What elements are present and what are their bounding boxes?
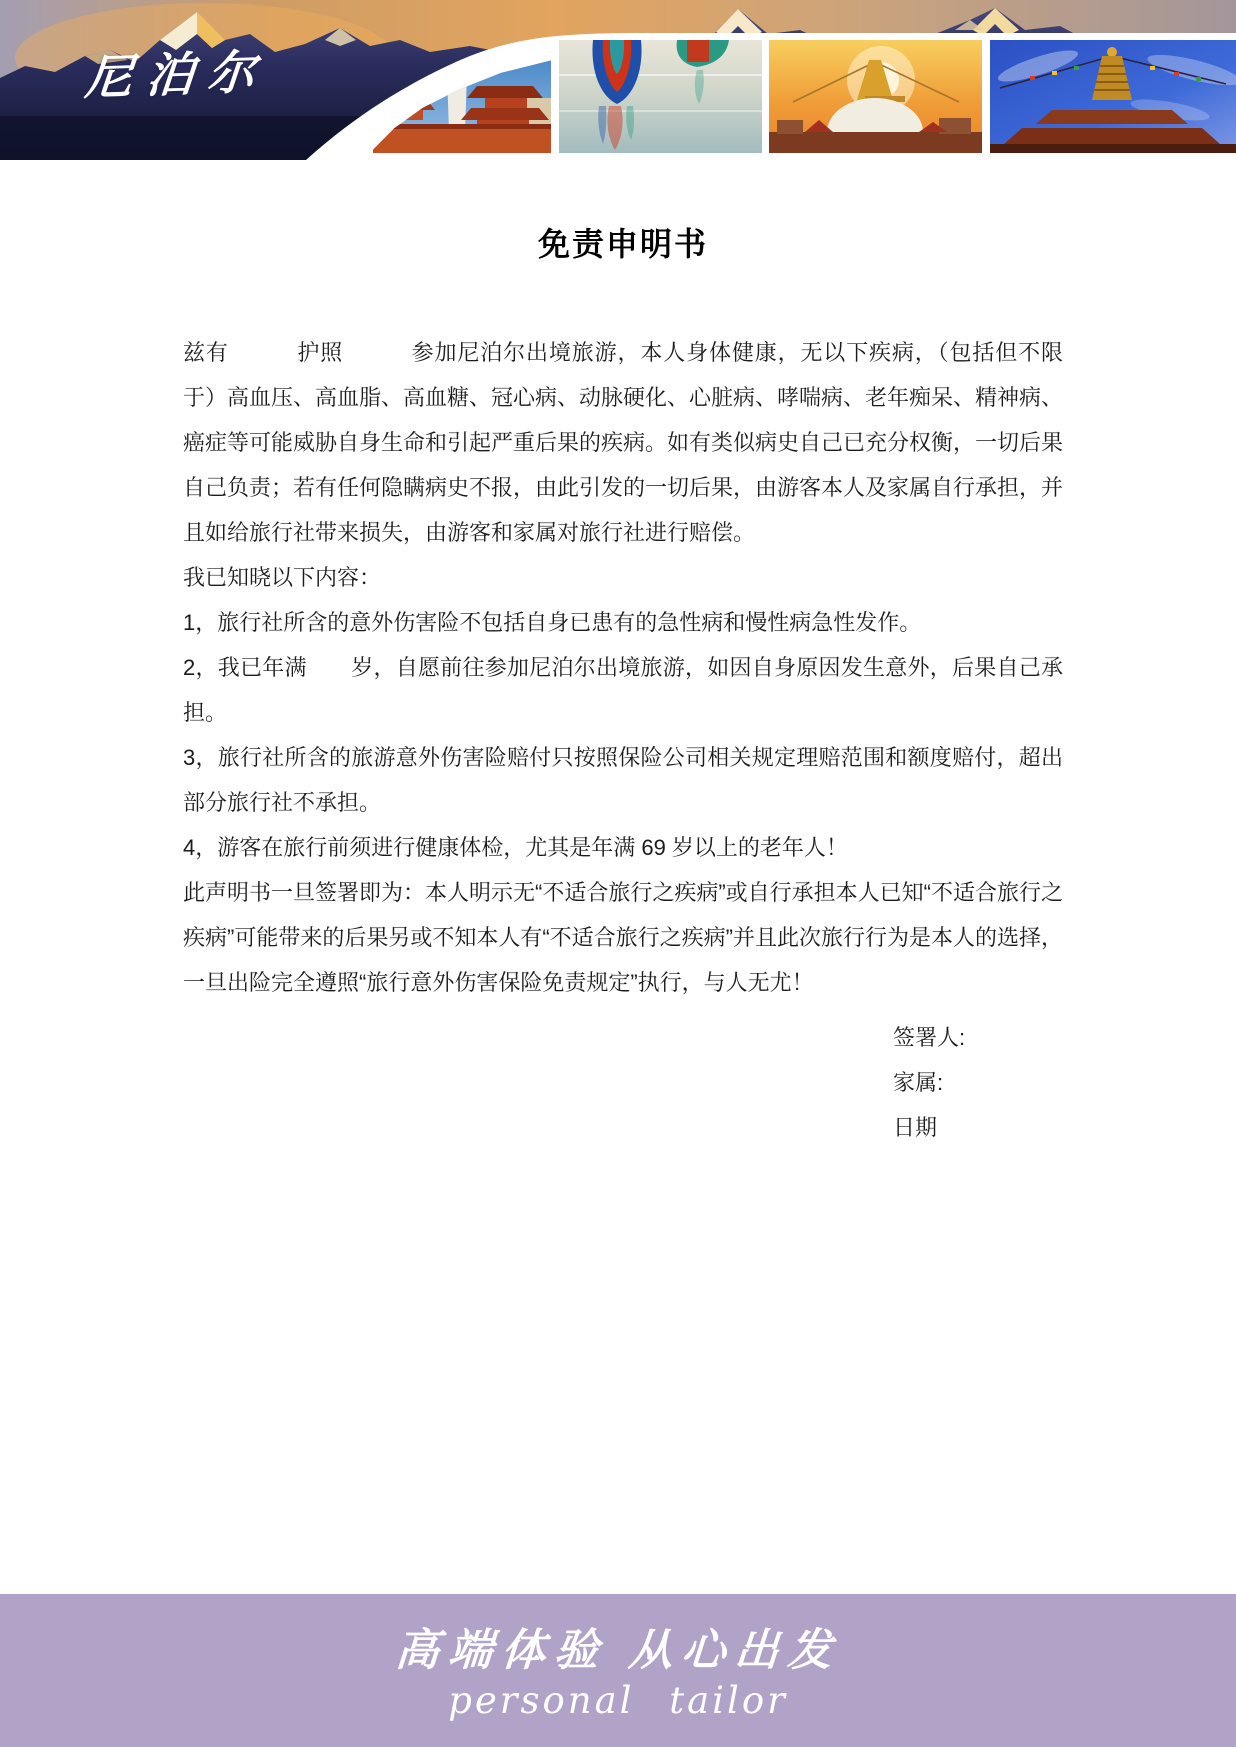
paragraph-item-1: 1，旅行社所含的意外伤害险不包括自身已患有的急性病和慢性病急性发作。 — [183, 600, 1063, 645]
brand-title: 尼泊尔 — [83, 35, 273, 108]
swayambhunath-illustration — [990, 40, 1236, 153]
phewa-lake-boats-photo — [559, 40, 762, 153]
paragraph-acknowledge-intro: 我已知晓以下内容： — [183, 555, 1063, 600]
paragraph-item-3: 3，旅行社所含的旅游意外伤害险赔付只按照保险公司相关规定理赔范围和额度赔付，超出… — [183, 735, 1063, 825]
swayambhunath-golden-stupa-photo — [990, 40, 1236, 153]
signature-date-label: 日期 — [183, 1105, 1063, 1150]
page: 尼泊尔 免责申明书 兹有 护照 参加尼泊尔出境旅游，本人身体健康，无以下疾病，（… — [0, 0, 1236, 1747]
signature-block: 签署人: 家属: 日期 — [183, 1015, 1063, 1150]
footer-slogan-chinese: 高端体验 从心出发 — [0, 1626, 1236, 1676]
paragraph-closing: 此声明书一旦签署即为：本人明示无“不适合旅行之疾病”或自行承担本人已知“不适合旅… — [183, 870, 1063, 1005]
paragraph-item-4: 4，游客在旅行前须进行健康体检，尤其是年满 69 岁以上的老年人！ — [183, 825, 1063, 870]
lake-boats-illustration — [559, 40, 762, 153]
paragraph-item-2: 2，我已年满 岁，自愿前往参加尼泊尔出境旅游，如因自身原因发生意外，后果自己承担… — [183, 645, 1063, 735]
header-banner: 尼泊尔 — [0, 0, 1236, 160]
signature-signer-label: 签署人: — [183, 1015, 1063, 1060]
boudhanath-illustration — [769, 40, 982, 153]
footer-banner: 高端体验 从心出发 personal tailor — [0, 1594, 1236, 1747]
document-body: 免责申明书 兹有 护照 参加尼泊尔出境旅游，本人身体健康，无以下疾病，（包括但不… — [0, 224, 1063, 1150]
document-title: 免责申明书 — [183, 224, 1063, 264]
paragraph-declaration: 兹有 护照 参加尼泊尔出境旅游，本人身体健康，无以下疾病，（包括但不限于）高血压… — [183, 330, 1063, 555]
signature-family-label: 家属: — [183, 1060, 1063, 1105]
footer-slogan-english: personal tailor — [0, 1680, 1236, 1722]
boudhanath-stupa-sunset-photo — [769, 40, 982, 153]
